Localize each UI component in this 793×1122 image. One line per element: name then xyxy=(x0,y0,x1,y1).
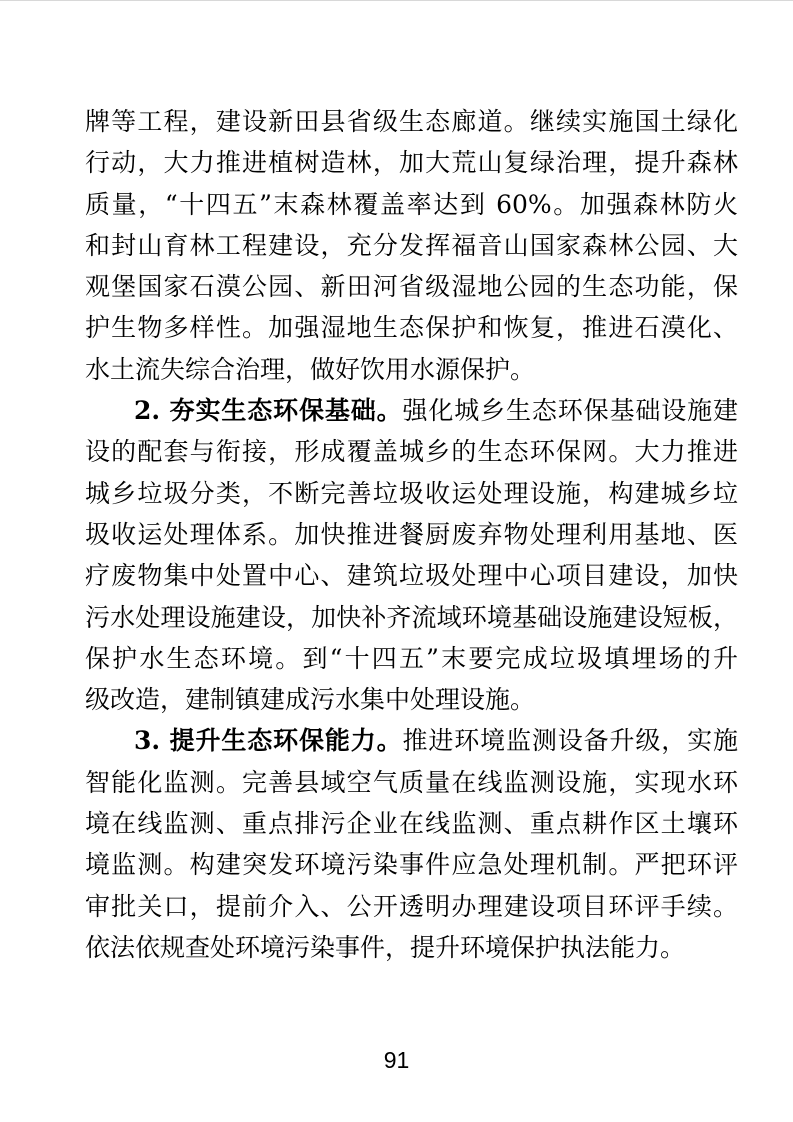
document-page: 牌等工程，建设新田县省级生态廊道。继续实施国土绿化 行动，大力推进植树造林，加大… xyxy=(0,0,793,1122)
line-text: 审批关口，提前介入、公开透明办理建设项目环评手续。 xyxy=(85,892,738,921)
line-text: 圾收运处理体系。加快推进餐厨废弃物处理利用基地、医 xyxy=(85,520,738,549)
line-text: 污水处理设施建设，加快补齐流域环境基础设施建设短板， xyxy=(85,603,738,632)
body-text: 牌等工程，建设新田县省级生态廊道。继续实施国土绿化 行动，大力推进植树造林，加大… xyxy=(85,101,738,968)
line-text: 境监测。构建突发环境污染事件应急处理机制。严把环评 xyxy=(85,850,738,879)
line-text: 和封山育林工程建设，充分发挥福音山国家森林公园、大 xyxy=(85,231,738,260)
line-text: 保护水生态环境。到“十四五”末要完成垃圾填埋场的升 xyxy=(85,644,738,673)
text-line: 污水处理设施建设，加快补齐流域环境基础设施建设短板， xyxy=(85,597,738,638)
text-line-section-2: 2. 夯实生态环保基础。强化城乡生态环保基础设施建 xyxy=(85,390,738,431)
text-line: 境监测。构建突发环境污染事件应急处理机制。严把环评 xyxy=(85,844,738,885)
page-number: 91 xyxy=(0,1047,793,1074)
text-line: 和封山育林工程建设，充分发挥福音山国家森林公园、大 xyxy=(85,225,738,266)
line-text: 行动，大力推进植树造林，加大荒山复绿治理，提升森林 xyxy=(85,148,738,177)
text-line: 水土流失综合治理，做好饮用水源保护。 xyxy=(85,349,738,390)
line-text: 观堡国家石漠公园、新田河省级湿地公园的生态功能，保 xyxy=(85,272,738,301)
line-text: 强化城乡生态环保基础设施建 xyxy=(403,396,738,425)
text-line: 护生物多样性。加强湿地生态保护和恢复，推进石漠化、 xyxy=(85,307,738,348)
text-line: 境在线监测、重点排污企业在线监测、重点耕作区土壤环 xyxy=(85,803,738,844)
text-line: 设的配套与衔接，形成覆盖城乡的生态环保网。大力推进 xyxy=(85,431,738,472)
text-line: 质量，“十四五”末森林覆盖率达到 60%。加强森林防火 xyxy=(85,184,738,225)
text-line: 审批关口，提前介入、公开透明办理建设项目环评手续。 xyxy=(85,886,738,927)
text-line: 依法依规查处环境污染事件，提升环境保护执法能力。 xyxy=(85,927,738,968)
text-line: 行动，大力推进植树造林，加大荒山复绿治理，提升森林 xyxy=(85,142,738,183)
line-text: 智能化监测。完善县域空气质量在线监测设施，实现水环 xyxy=(85,768,738,797)
line-text: 级改造，建制镇建成污水集中处理设施。 xyxy=(85,685,535,714)
line-text: 设的配套与衔接，形成覆盖城乡的生态环保网。大力推进 xyxy=(85,437,738,466)
section-3-heading: 3. 提升生态环保能力。 xyxy=(134,726,403,755)
line-text: 疗废物集中处置中心、建筑垃圾处理中心项目建设，加快 xyxy=(85,561,738,590)
line-text: 护生物多样性。加强湿地生态保护和恢复，推进石漠化、 xyxy=(85,313,738,342)
text-line: 圾收运处理体系。加快推进餐厨废弃物处理利用基地、医 xyxy=(85,514,738,555)
line-text: 质量，“十四五”末森林覆盖率达到 60%。加强森林防火 xyxy=(85,190,738,219)
section-2-heading: 2. 夯实生态环保基础。 xyxy=(134,396,403,425)
text-line: 城乡垃圾分类，不断完善垃圾收运处理设施，构建城乡垃 xyxy=(85,473,738,514)
text-line-section-3: 3. 提升生态环保能力。推进环境监测设备升级，实施 xyxy=(85,720,738,761)
text-line: 智能化监测。完善县域空气质量在线监测设施，实现水环 xyxy=(85,762,738,803)
text-line: 观堡国家石漠公园、新田河省级湿地公园的生态功能，保 xyxy=(85,266,738,307)
text-line: 级改造，建制镇建成污水集中处理设施。 xyxy=(85,679,738,720)
text-line: 牌等工程，建设新田县省级生态廊道。继续实施国土绿化 xyxy=(85,101,738,142)
line-text: 水土流失综合治理，做好饮用水源保护。 xyxy=(85,355,535,384)
line-text: 推进环境监测设备升级，实施 xyxy=(403,726,738,755)
text-line: 保护水生态环境。到“十四五”末要完成垃圾填埋场的升 xyxy=(85,638,738,679)
line-text: 境在线监测、重点排污企业在线监测、重点耕作区土壤环 xyxy=(85,809,738,838)
line-text: 牌等工程，建设新田县省级生态廊道。继续实施国土绿化 xyxy=(85,107,738,136)
line-text: 城乡垃圾分类，不断完善垃圾收运处理设施，构建城乡垃 xyxy=(85,479,738,508)
line-text: 依法依规查处环境污染事件，提升环境保护执法能力。 xyxy=(85,933,685,962)
text-line: 疗废物集中处置中心、建筑垃圾处理中心项目建设，加快 xyxy=(85,555,738,596)
